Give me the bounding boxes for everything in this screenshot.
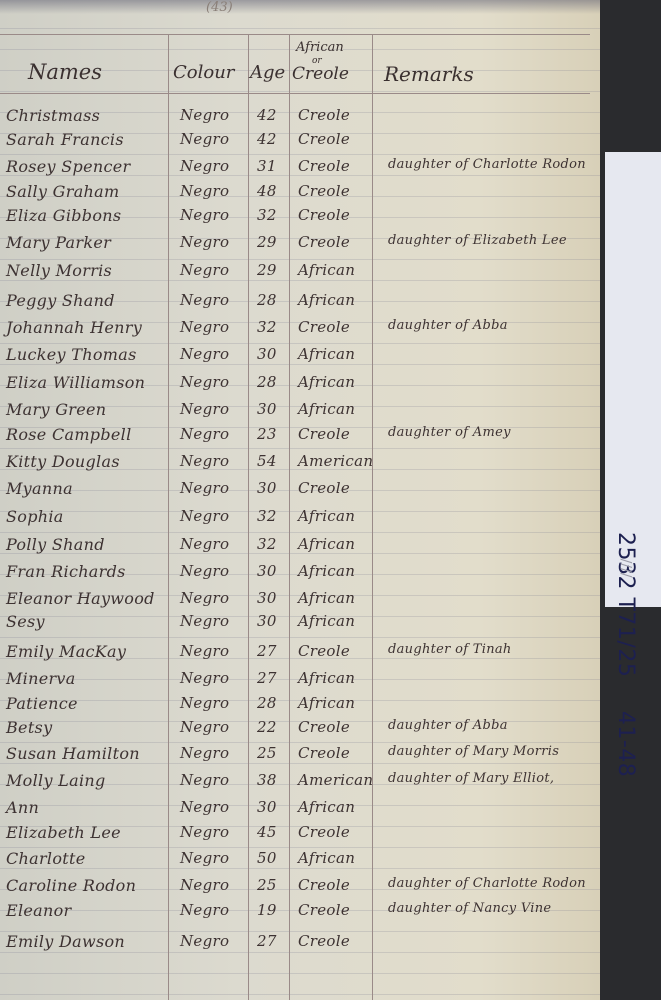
table-row: ChristmassNegro42Creole xyxy=(0,106,600,128)
cell-origin: African xyxy=(298,507,355,525)
folio-number: (43) xyxy=(206,0,233,15)
cell-origin: Creole xyxy=(298,130,350,148)
cell-name: Charlotte xyxy=(6,849,86,868)
cell-origin: American xyxy=(298,771,373,789)
cell-remark: daughter of Elizabeth Lee xyxy=(388,233,567,248)
cell-age: 23 xyxy=(257,425,277,443)
cell-remark: daughter of Charlotte Rodon xyxy=(388,876,586,891)
cell-origin: Creole xyxy=(298,479,350,497)
table-row: MyannaNegro30Creole xyxy=(0,479,600,501)
table-row: Mary ParkerNegro29Creoledaughter of Eliz… xyxy=(0,233,600,255)
table-row: MinervaNegro27African xyxy=(0,669,600,691)
archive-reference: 2532 T71/25 41-48 xyxy=(613,532,638,992)
cell-colour: Negro xyxy=(180,452,229,470)
cell-origin: Creole xyxy=(298,106,350,124)
cell-age: 48 xyxy=(257,182,277,200)
cell-age: 25 xyxy=(257,744,277,762)
cell-origin: Creole xyxy=(298,744,350,762)
ledger-page: (43) Names Colour Age African or Creole … xyxy=(0,0,600,1000)
cell-age: 22 xyxy=(257,718,277,736)
cell-age: 31 xyxy=(257,157,277,175)
header-remarks: Remarks xyxy=(384,62,474,86)
cell-colour: Negro xyxy=(180,901,229,919)
table-row: Eliza GibbonsNegro32Creole xyxy=(0,206,600,228)
table-row: Caroline RodonNegro25Creoledaughter of C… xyxy=(0,876,600,898)
cell-remark: daughter of Charlotte Rodon xyxy=(388,157,586,172)
cell-age: 19 xyxy=(257,901,277,919)
cell-origin: African xyxy=(298,400,355,418)
cell-origin: African xyxy=(298,291,355,309)
cell-colour: Negro xyxy=(180,233,229,251)
table-row: SesyNegro30African xyxy=(0,612,600,634)
cell-age: 45 xyxy=(257,823,277,841)
cell-origin: Creole xyxy=(298,642,350,660)
table-row: Elizabeth LeeNegro45Creole xyxy=(0,823,600,845)
cell-origin: African xyxy=(298,669,355,687)
cell-colour: Negro xyxy=(180,479,229,497)
table-row: SophiaNegro32African xyxy=(0,507,600,529)
cell-origin: Creole xyxy=(298,901,350,919)
table-row: Rose CampbellNegro23Creoledaughter of Am… xyxy=(0,425,600,447)
cell-age: 38 xyxy=(257,771,277,789)
cell-name: Emily Dawson xyxy=(6,932,125,951)
cell-colour: Negro xyxy=(180,798,229,816)
cell-origin: Creole xyxy=(298,823,350,841)
cell-origin: African xyxy=(298,612,355,630)
cell-origin: Creole xyxy=(298,718,350,736)
cell-age: 32 xyxy=(257,318,277,336)
table-row: Susan HamiltonNegro25Creoledaughter of M… xyxy=(0,744,600,766)
cell-age: 42 xyxy=(257,106,277,124)
cell-remark: daughter of Tinah xyxy=(388,642,512,657)
cell-colour: Negro xyxy=(180,612,229,630)
cell-colour: Negro xyxy=(180,400,229,418)
cell-origin: African xyxy=(298,694,355,712)
header-bottom-rule xyxy=(0,93,590,94)
cell-name: Betsy xyxy=(6,718,52,737)
table-row: CharlotteNegro50African xyxy=(0,849,600,871)
cell-age: 27 xyxy=(257,642,277,660)
cell-age: 30 xyxy=(257,798,277,816)
header-top-rule xyxy=(0,34,590,35)
cell-age: 25 xyxy=(257,876,277,894)
cell-remark: daughter of Abba xyxy=(388,318,508,333)
cell-colour: Negro xyxy=(180,157,229,175)
cell-name: Susan Hamilton xyxy=(6,744,140,763)
cell-age: 28 xyxy=(257,291,277,309)
table-row: AnnNegro30African xyxy=(0,798,600,820)
cell-origin: Creole xyxy=(298,932,350,950)
cell-colour: Negro xyxy=(180,291,229,309)
cell-name: Minerva xyxy=(6,669,76,688)
cell-name: Sally Graham xyxy=(6,182,119,201)
archive-page-range: 41-48 xyxy=(613,711,638,777)
cell-name: Rosey Spencer xyxy=(6,157,130,176)
cell-age: 30 xyxy=(257,479,277,497)
cell-origin: American xyxy=(298,452,373,470)
cell-colour: Negro xyxy=(180,823,229,841)
cell-origin: Creole xyxy=(298,233,350,251)
cell-age: 30 xyxy=(257,345,277,363)
cell-age: 29 xyxy=(257,261,277,279)
table-row: Polly ShandNegro32African xyxy=(0,535,600,557)
cell-origin: Creole xyxy=(298,425,350,443)
cell-colour: Negro xyxy=(180,718,229,736)
table-row: Sally GrahamNegro48Creole xyxy=(0,182,600,204)
cell-origin: Creole xyxy=(298,157,350,175)
cell-remark: daughter of Mary Morris xyxy=(388,744,559,759)
cell-name: Eleanor Haywood xyxy=(6,589,155,608)
cell-colour: Negro xyxy=(180,535,229,553)
cell-name: Rose Campbell xyxy=(6,425,132,444)
table-row: Sarah FrancisNegro42Creole xyxy=(0,130,600,152)
cell-age: 29 xyxy=(257,233,277,251)
cell-name: Caroline Rodon xyxy=(6,876,136,895)
cell-age: 32 xyxy=(257,206,277,224)
cell-name: Mary Parker xyxy=(6,233,111,252)
cell-origin: African xyxy=(298,345,355,363)
cell-age: 50 xyxy=(257,849,277,867)
cell-age: 27 xyxy=(257,932,277,950)
cell-origin: African xyxy=(298,798,355,816)
table-row: Johannah HenryNegro32Creoledaughter of A… xyxy=(0,318,600,340)
cell-colour: Negro xyxy=(180,425,229,443)
cell-colour: Negro xyxy=(180,261,229,279)
cell-origin: Creole xyxy=(298,182,350,200)
cell-age: 30 xyxy=(257,562,277,580)
table-row: Emily MacKayNegro27Creoledaughter of Tin… xyxy=(0,642,600,664)
cell-remark: daughter of Amey xyxy=(388,425,511,440)
cell-age: 28 xyxy=(257,373,277,391)
header-colour: Colour xyxy=(173,62,234,83)
cell-name: Johannah Henry xyxy=(6,318,142,337)
cell-name: Sesy xyxy=(6,612,45,631)
cell-name: Ann xyxy=(6,798,39,817)
cell-colour: Negro xyxy=(180,318,229,336)
cell-age: 54 xyxy=(257,452,277,470)
cell-origin: African xyxy=(298,373,355,391)
header-origin-line1: African xyxy=(296,42,344,54)
header-names: Names xyxy=(28,60,102,84)
archive-label: 2532 T71/25 41-48 xyxy=(605,152,661,607)
cell-colour: Negro xyxy=(180,589,229,607)
cell-colour: Negro xyxy=(180,744,229,762)
cell-origin: African xyxy=(298,849,355,867)
cell-age: 32 xyxy=(257,507,277,525)
cell-name: Molly Laing xyxy=(6,771,106,790)
cell-colour: Negro xyxy=(180,206,229,224)
cell-name: Emily MacKay xyxy=(6,642,126,661)
cell-name: Luckey Thomas xyxy=(6,345,137,364)
cell-colour: Negro xyxy=(180,130,229,148)
cell-name: Myanna xyxy=(6,479,73,498)
cell-name: Christmass xyxy=(6,106,100,125)
table-row: EleanorNegro19Creoledaughter of Nancy Vi… xyxy=(0,901,600,923)
cell-age: 27 xyxy=(257,669,277,687)
cell-colour: Negro xyxy=(180,771,229,789)
tally-marks: //// xyxy=(617,559,633,578)
cell-colour: Negro xyxy=(180,373,229,391)
cell-colour: Negro xyxy=(180,876,229,894)
cell-origin: Creole xyxy=(298,876,350,894)
cell-colour: Negro xyxy=(180,345,229,363)
table-row: Molly LaingNegro38Americandaughter of Ma… xyxy=(0,771,600,793)
cell-name: Patience xyxy=(6,694,78,713)
cell-colour: Negro xyxy=(180,562,229,580)
header-origin-line3: Creole xyxy=(292,64,349,84)
cell-colour: Negro xyxy=(180,932,229,950)
cell-name: Nelly Morris xyxy=(6,261,112,280)
cell-name: Kitty Douglas xyxy=(6,452,120,471)
cell-name: Sophia xyxy=(6,507,64,526)
cell-age: 30 xyxy=(257,612,277,630)
cell-colour: Negro xyxy=(180,106,229,124)
cell-origin: African xyxy=(298,562,355,580)
cell-age: 32 xyxy=(257,535,277,553)
cell-origin: Creole xyxy=(298,318,350,336)
table-row: Peggy ShandNegro28African xyxy=(0,291,600,313)
cell-colour: Negro xyxy=(180,642,229,660)
cell-origin: African xyxy=(298,261,355,279)
cell-origin: African xyxy=(298,535,355,553)
cell-age: 30 xyxy=(257,400,277,418)
cell-age: 30 xyxy=(257,589,277,607)
cell-name: Fran Richards xyxy=(6,562,126,581)
table-row: Rosey SpencerNegro31Creoledaughter of Ch… xyxy=(0,157,600,179)
cell-name: Sarah Francis xyxy=(6,130,124,149)
cell-name: Eleanor xyxy=(6,901,72,920)
cell-remark: daughter of Mary Elliot, xyxy=(388,771,554,786)
cell-name: Eliza Williamson xyxy=(6,373,145,392)
table-row: Luckey ThomasNegro30African xyxy=(0,345,600,367)
cell-origin: African xyxy=(298,589,355,607)
cell-colour: Negro xyxy=(180,849,229,867)
cell-name: Peggy Shand xyxy=(6,291,115,310)
cell-origin: Creole xyxy=(298,206,350,224)
cell-name: Polly Shand xyxy=(6,535,105,554)
cell-colour: Negro xyxy=(180,669,229,687)
archive-ref-number: 2532 T71/25 xyxy=(613,532,638,677)
table-row: Fran RichardsNegro30African xyxy=(0,562,600,584)
cell-age: 28 xyxy=(257,694,277,712)
table-row: BetsyNegro22Creoledaughter of Abba xyxy=(0,718,600,740)
table-row: Eliza WilliamsonNegro28African xyxy=(0,373,600,395)
cell-colour: Negro xyxy=(180,507,229,525)
table-row: Nelly MorrisNegro29African xyxy=(0,261,600,283)
table-row: Mary GreenNegro30African xyxy=(0,400,600,422)
table-row: Emily DawsonNegro27Creole xyxy=(0,932,600,954)
cell-colour: Negro xyxy=(180,182,229,200)
header-age: Age xyxy=(250,62,285,83)
cell-colour: Negro xyxy=(180,694,229,712)
table-row: Eleanor HaywoodNegro30African xyxy=(0,589,600,611)
cell-age: 42 xyxy=(257,130,277,148)
table-row: PatienceNegro28African xyxy=(0,694,600,716)
table-row: Kitty DouglasNegro54American xyxy=(0,452,600,474)
cell-name: Mary Green xyxy=(6,400,106,419)
cell-name: Eliza Gibbons xyxy=(6,206,121,225)
cell-remark: daughter of Nancy Vine xyxy=(388,901,551,916)
cell-name: Elizabeth Lee xyxy=(6,823,121,842)
page-edge-shadow xyxy=(0,0,600,14)
cell-remark: daughter of Abba xyxy=(388,718,508,733)
